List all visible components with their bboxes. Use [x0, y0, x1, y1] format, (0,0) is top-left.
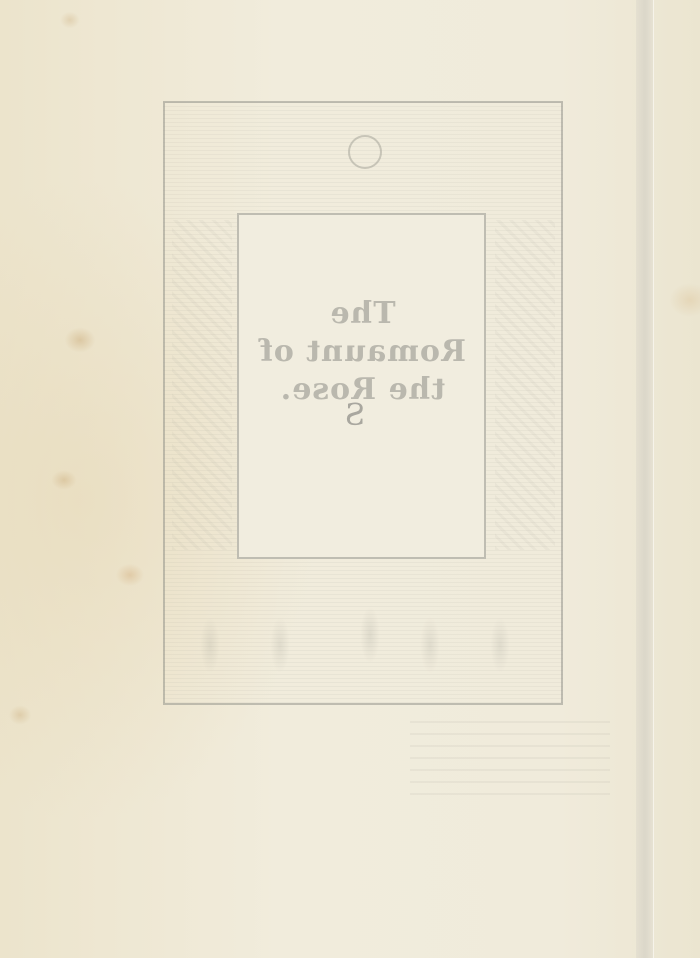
- figural-frieze: [170, 565, 556, 699]
- left-ornament-column: [172, 220, 232, 550]
- fold-highlight: [653, 0, 654, 958]
- top-medallion-ornament: [348, 135, 382, 169]
- bleed-through-text-lines: [410, 715, 610, 795]
- right-ornament-column: [495, 220, 555, 550]
- scanned-page: The Romaunt of the Rose. S: [0, 0, 700, 958]
- printer-device-mark: S: [340, 398, 370, 433]
- page-fold-strip: [636, 0, 654, 958]
- mirrored-title: The Romaunt of the Rose.: [250, 295, 475, 409]
